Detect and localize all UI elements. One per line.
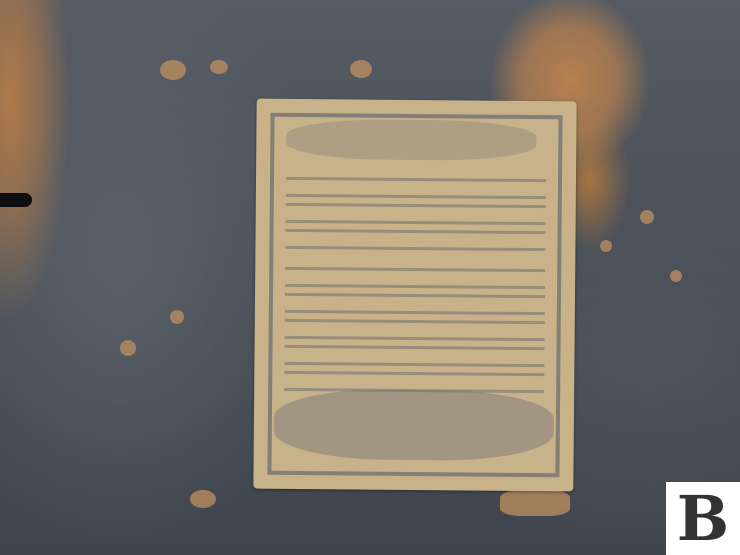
plate-field-row <box>286 203 546 225</box>
rust-spot <box>120 340 136 356</box>
rust-spot <box>160 60 186 80</box>
mounting-slot <box>0 193 32 207</box>
watermark-logo: B <box>666 482 740 555</box>
plate-field-row <box>285 229 545 251</box>
identification-plate <box>253 99 576 492</box>
rust-spot <box>670 270 682 282</box>
rust-spot <box>210 60 228 74</box>
rust-spot <box>350 60 372 78</box>
plate-field-row <box>284 345 544 367</box>
worn-area <box>286 119 536 161</box>
plate-field-row <box>285 319 545 341</box>
logo-letter: B <box>677 488 729 550</box>
rust-spot <box>640 210 654 224</box>
rust-spot <box>190 490 216 508</box>
worn-area <box>274 389 555 461</box>
rust-spot <box>170 310 184 324</box>
plate-field-row <box>285 267 545 289</box>
rust-spot <box>600 240 612 252</box>
plate-field-row <box>285 293 545 315</box>
plate-field-row <box>286 177 546 199</box>
rust-patch <box>500 490 570 516</box>
